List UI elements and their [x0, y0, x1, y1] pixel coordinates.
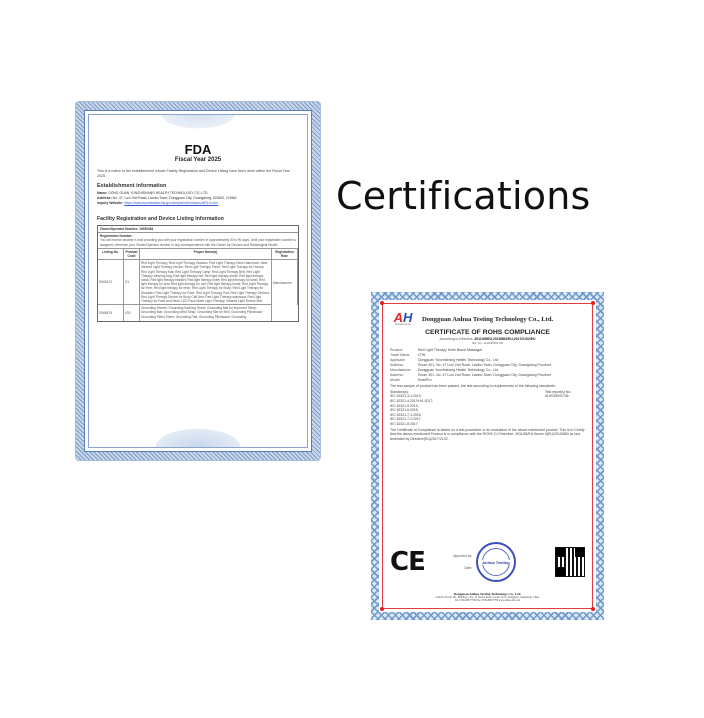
fda-section-heading: Facility Registration and Device Listing…: [97, 216, 299, 222]
ce-mark-icon: CE: [390, 547, 442, 577]
fda-website-link: https://www.accessdata.fda.gov/scripts/c…: [124, 201, 218, 205]
rohs-certificate-image: AH ANHUA TESTING Dongguan Anhua Testing …: [371, 292, 604, 620]
rohs-header: AH ANHUA TESTING Dongguan Anhua Testing …: [390, 312, 585, 326]
fda-row2-role: [272, 305, 298, 321]
rohs-certificate-border: AH ANHUA TESTING Dongguan Anhua Testing …: [379, 300, 596, 612]
fda-certificate-body: FDA Fiscal Year 2025 This is a notice to…: [88, 114, 308, 448]
fda-certificate-border: FDA Fiscal Year 2025 This is a notice to…: [84, 110, 312, 452]
rohs-fields: Product: Red Light Therapy Knee Brace Ma…: [390, 348, 585, 383]
fda-row1-names: Red Light Therapy; Red Light Therapy Gla…: [140, 260, 272, 305]
fda-row1-code: ILY: [124, 260, 140, 305]
date-label: Date:: [442, 562, 472, 574]
fda-address-label: Address:: [97, 196, 112, 200]
fda-fiscal-year: Fiscal Year 2025: [97, 157, 299, 163]
field-label: Model:: [390, 378, 418, 383]
fda-col-role: Registration Role: [272, 249, 298, 260]
corner-dot: [591, 607, 595, 611]
fda-col-code: Product Code: [124, 249, 140, 260]
fda-listing-table: Owner/Operator Number: 10090384 Registra…: [97, 225, 299, 322]
test-report-value: AH2025091706: [545, 394, 585, 399]
corner-dot: [591, 301, 595, 305]
rohs-ref-number: Ref. No.: AH2025091706: [390, 341, 585, 345]
stamp-text: Anhua Testing: [481, 560, 510, 565]
rohs-footer: Dongguan Anhua Testing Technology Co., L…: [387, 592, 588, 602]
fda-address-value: No. 47, Luxi 2nd Road, Liaobu Town, Dong…: [113, 196, 237, 200]
rohs-certificate-body: AH ANHUA TESTING Dongguan Anhua Testing …: [382, 303, 593, 609]
fda-row2-names: Grounding Sheets; Grounding Earthing She…: [140, 305, 272, 321]
rohs-company-name: Dongguan Anhua Testing Technology Co., L…: [422, 316, 553, 323]
fda-row2-code: IOD: [124, 305, 140, 321]
fda-owner-operator: Owner/Operator Number: 10090384: [98, 226, 298, 233]
fda-row1-listing: D565474: [98, 260, 124, 305]
fda-website-line: Inquiry Website: https://www.accessdata.…: [97, 201, 299, 206]
fda-website-label: Inquiry Website:: [97, 201, 123, 205]
fda-name-value: DONG GUAN YUNZHISHANG HEALTH TECHNOLOGY …: [108, 191, 208, 195]
fda-row2-listing: D566475: [98, 305, 124, 321]
rohs-directive-prefix: According to Directive:: [440, 337, 474, 341]
fda-name-label: Name:: [97, 191, 107, 195]
footer-contact: Tel: 0769-88077799 Fax: 0769-88077789 ww…: [387, 599, 588, 602]
page-heading: Certifications: [336, 174, 591, 218]
rohs-standards: Standard(s): IEC 62321-3-1:2013; IEC 623…: [390, 390, 585, 427]
fda-col-listing: Listing No.: [98, 249, 124, 260]
anhua-logo-icon: AH ANHUA TESTING: [390, 312, 416, 326]
fda-table-grid: Listing No. Product Code Proper Name(s) …: [98, 249, 298, 321]
corner-dot: [380, 607, 384, 611]
field-value: KneePro: [418, 378, 585, 383]
official-stamp-icon: Anhua Testing: [476, 542, 516, 582]
standard-item: IEC 62321-8:2017.: [390, 422, 433, 427]
fda-registration-block: Registration Number: You will receive an…: [98, 233, 298, 249]
fda-certificate-image: FDA Fiscal Year 2025 This is a notice to…: [76, 102, 320, 460]
corner-dot: [380, 301, 384, 305]
rohs-compliance-text: The Certificate of Compliance is based o…: [390, 428, 585, 442]
fda-registration-text: You will receive another e-mail providin…: [100, 238, 296, 246]
test-report: Test report(s) No.: AH2025091706: [545, 390, 585, 427]
rohs-approval-row: CE Approved by: Date: Anhua Testing: [390, 542, 585, 582]
qr-code-icon: [555, 547, 585, 577]
rohs-test-statement: The test sample of product has been pass…: [390, 384, 585, 389]
standard-item: IEC 62321-4:2013+A1:2017;: [390, 399, 433, 404]
approved-by-label: Approved by:: [442, 550, 472, 562]
fda-establishment-heading: Establishment information: [97, 183, 299, 189]
fda-title: FDA: [97, 143, 299, 157]
fda-row1-role: Manufacturer: [272, 260, 298, 305]
standards-list: Standard(s): IEC 62321-3-1:2013; IEC 623…: [390, 390, 433, 427]
approval-labels: Approved by: Date:: [442, 550, 472, 574]
rohs-title: CERTIFICATE OF ROHS COMPLIANCE: [390, 329, 585, 336]
fda-col-names: Proper Name(s): [140, 249, 272, 260]
fda-notice: This is a notice to the establishment wh…: [97, 169, 299, 179]
